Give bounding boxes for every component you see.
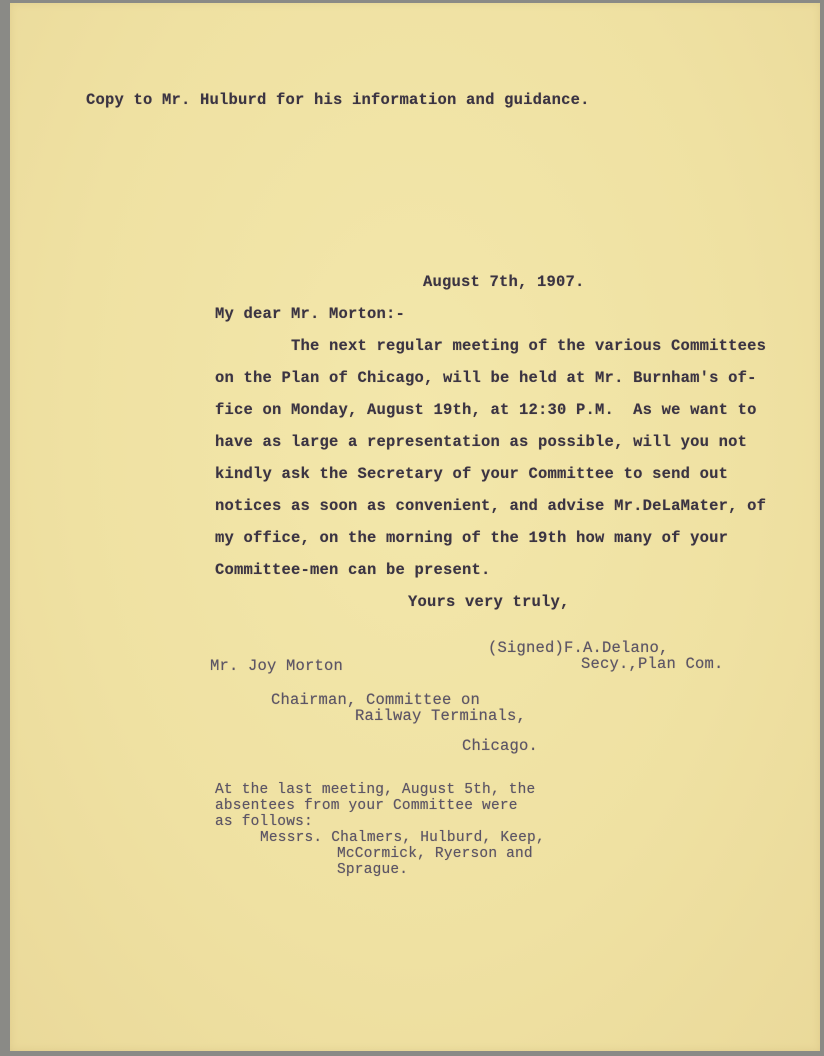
body-line: have as large a representation as possib…	[215, 433, 747, 451]
letter-date: August 7th, 1907.	[423, 273, 585, 291]
salutation: My dear Mr. Morton:-	[215, 305, 405, 323]
body-line: fice on Monday, August 19th, at 12:30 P.…	[215, 401, 757, 419]
absentee-names: McCormick, Ryerson and	[337, 846, 533, 862]
letter-page: Copy to Mr. Hulburd for his information …	[10, 3, 820, 1051]
recipient-name: Mr. Joy Morton	[210, 657, 343, 675]
body-line: Committee-men can be present.	[215, 561, 491, 579]
postscript-line: At the last meeting, August 5th, the	[215, 782, 535, 798]
body-line: The next regular meeting of the various …	[291, 337, 766, 355]
signature-title: Secy.,Plan Com.	[581, 655, 724, 673]
postscript-line: as follows:	[215, 814, 313, 830]
absentee-names: Messrs. Chalmers, Hulburd, Keep,	[260, 830, 545, 846]
recipient-city: Chicago.	[462, 737, 538, 755]
body-line: my office, on the morning of the 19th ho…	[215, 529, 728, 547]
body-line: notices as soon as convenient, and advis…	[215, 497, 766, 515]
postscript-line: absentees from your Committee were	[215, 798, 518, 814]
body-line: on the Plan of Chicago, will be held at …	[215, 369, 757, 387]
absentee-names: Sprague.	[337, 862, 408, 878]
closing: Yours very truly,	[408, 593, 570, 611]
recipient-title-2: Railway Terminals,	[355, 707, 526, 725]
copy-note: Copy to Mr. Hulburd for his information …	[86, 91, 590, 109]
body-line: kindly ask the Secretary of your Committ…	[215, 465, 728, 483]
